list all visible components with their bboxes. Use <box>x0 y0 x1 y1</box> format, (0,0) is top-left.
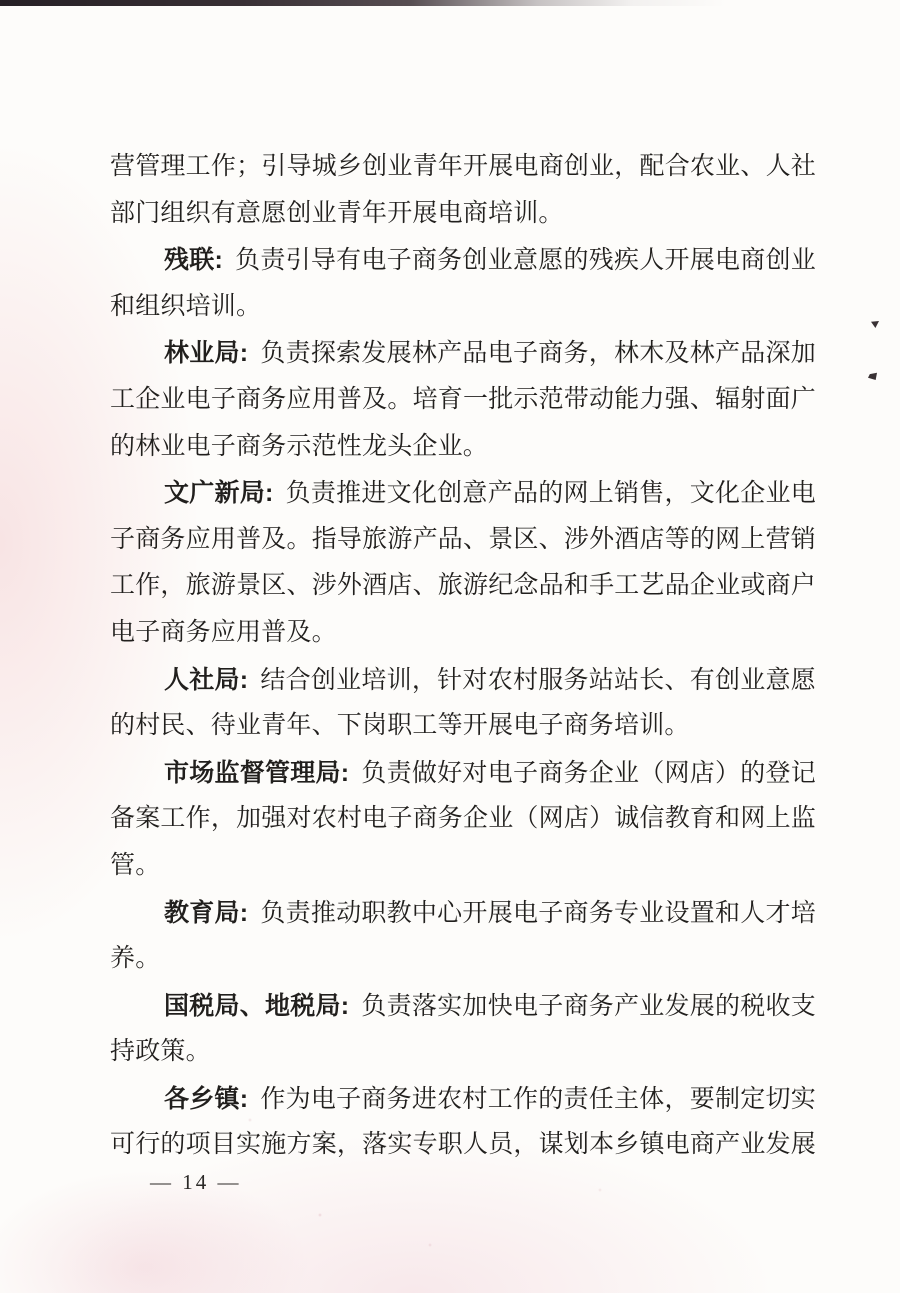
text-line: 持政策。 <box>110 1029 816 1076</box>
line-text: 和组织培训。 <box>110 293 261 320</box>
line-text: 持政策。 <box>110 1038 211 1065</box>
text-line: 残联:负责引导有电子商务创业意愿的残疾人开展电商创业 <box>110 237 816 284</box>
department-name: 市场监督管理局: <box>164 759 349 787</box>
text-line: 工企业电子商务应用普及。培育一批示范带动能力强、辐射面广 <box>110 377 816 424</box>
department-name: 国税局、地税局: <box>164 992 349 1020</box>
text-line: 备案工作，加强对农村电子商务企业（网店）诚信教育和网上监 <box>110 796 816 843</box>
text-line: 的林业电子商务示范性龙头企业。 <box>110 424 816 471</box>
line-text: 负责做好对电子商务企业（网店）的登记 <box>361 760 816 787</box>
text-line: 文广新局:负责推进文化创意产品的网上销售，文化企业电 <box>110 470 816 517</box>
text-line: 人社局:结合创业培训，针对农村服务站站长、有创业意愿 <box>110 657 816 704</box>
line-text: 负责推动职教中心开展电子商务专业设置和人才培 <box>260 900 816 927</box>
line-text: 作为电子商务进农村工作的责任主体，要制定切实 <box>260 1086 816 1113</box>
line-text: 子商务应用普及。指导旅游产品、景区、涉外酒店等的网上营销 <box>110 526 816 553</box>
text-line: 的村民、待业青年、下岗职工等开展电子商务培训。 <box>110 703 816 750</box>
line-text: 电子商务应用普及。 <box>110 619 337 646</box>
text-line: 部门组织有意愿创业青年开展电商培训。 <box>110 191 816 238</box>
line-text: 负责落实加快电子商务产业发展的税收支 <box>361 993 816 1020</box>
text-line: 国税局、地税局:负责落实加快电子商务产业发展的税收支 <box>110 983 816 1030</box>
text-line: 工作，旅游景区、涉外酒店、旅游纪念品和手工艺品企业或商户 <box>110 563 816 610</box>
page-number: — 14 — <box>150 1170 242 1195</box>
line-text: 的林业电子商务示范性龙头企业。 <box>110 433 488 460</box>
text-line: 养。 <box>110 936 816 983</box>
department-name: 人社局: <box>164 666 248 694</box>
text-line: 各乡镇:作为电子商务进农村工作的责任主体，要制定切实 <box>110 1076 816 1123</box>
line-text: 结合创业培训，针对农村服务站站长、有创业意愿 <box>260 667 816 694</box>
line-text: 管。 <box>110 852 160 879</box>
line-text: 负责推进文化创意产品的网上销售，文化企业电 <box>286 480 816 507</box>
line-text: 负责引导有电子商务创业意愿的残疾人开展电商创业 <box>235 247 816 274</box>
text-line: 教育局:负责推动职教中心开展电子商务专业设置和人才培 <box>110 890 816 937</box>
department-name: 残联: <box>164 246 223 274</box>
scanned-document-page: 营管理工作；引导城乡创业青年开展电商创业，配合农业、人社部门组织有意愿创业青年开… <box>0 0 900 1293</box>
line-text: 部门组织有意愿创业青年开展电商培训。 <box>110 200 564 227</box>
text-line: 管。 <box>110 843 816 890</box>
text-line: 营管理工作；引导城乡创业青年开展电商创业，配合农业、人社 <box>110 144 816 191</box>
scanner-edge-shadow <box>0 0 790 6</box>
department-name: 林业局: <box>164 339 248 367</box>
line-text: 营管理工作；引导城乡创业青年开展电商创业，配合农业、人社 <box>110 153 816 180</box>
department-name: 各乡镇: <box>164 1085 248 1113</box>
line-text: 养。 <box>110 945 160 972</box>
ink-speck <box>871 321 879 328</box>
department-name: 教育局: <box>164 899 248 927</box>
line-text: 备案工作，加强对农村电子商务企业（网店）诚信教育和网上监 <box>110 805 816 832</box>
text-line: 林业局:负责探索发展林产品电子商务，林木及林产品深加 <box>110 330 816 377</box>
text-line: 子商务应用普及。指导旅游产品、景区、涉外酒店等的网上营销 <box>110 517 816 564</box>
line-text: 工作，旅游景区、涉外酒店、旅游纪念品和手工艺品企业或商户 <box>110 572 816 599</box>
text-line: 和组织培训。 <box>110 284 816 331</box>
department-name: 文广新局: <box>164 479 274 507</box>
text-line: 电子商务应用普及。 <box>110 610 816 657</box>
line-text: 可行的项目实施方案，落实专职人员，谋划本乡镇电商产业发展 <box>110 1131 816 1158</box>
text-line: 市场监督管理局:负责做好对电子商务企业（网店）的登记 <box>110 750 816 797</box>
text-line: 可行的项目实施方案，落实专职人员，谋划本乡镇电商产业发展 <box>110 1122 816 1169</box>
line-text: 的村民、待业青年、下岗职工等开展电子商务培训。 <box>110 712 690 739</box>
document-body: 营管理工作；引导城乡创业青年开展电商创业，配合农业、人社部门组织有意愿创业青年开… <box>110 144 816 1169</box>
ink-speck <box>868 371 877 380</box>
line-text: 负责探索发展林产品电子商务，林木及林产品深加 <box>260 340 816 367</box>
line-text: 工企业电子商务应用普及。培育一批示范带动能力强、辐射面广 <box>110 386 816 413</box>
